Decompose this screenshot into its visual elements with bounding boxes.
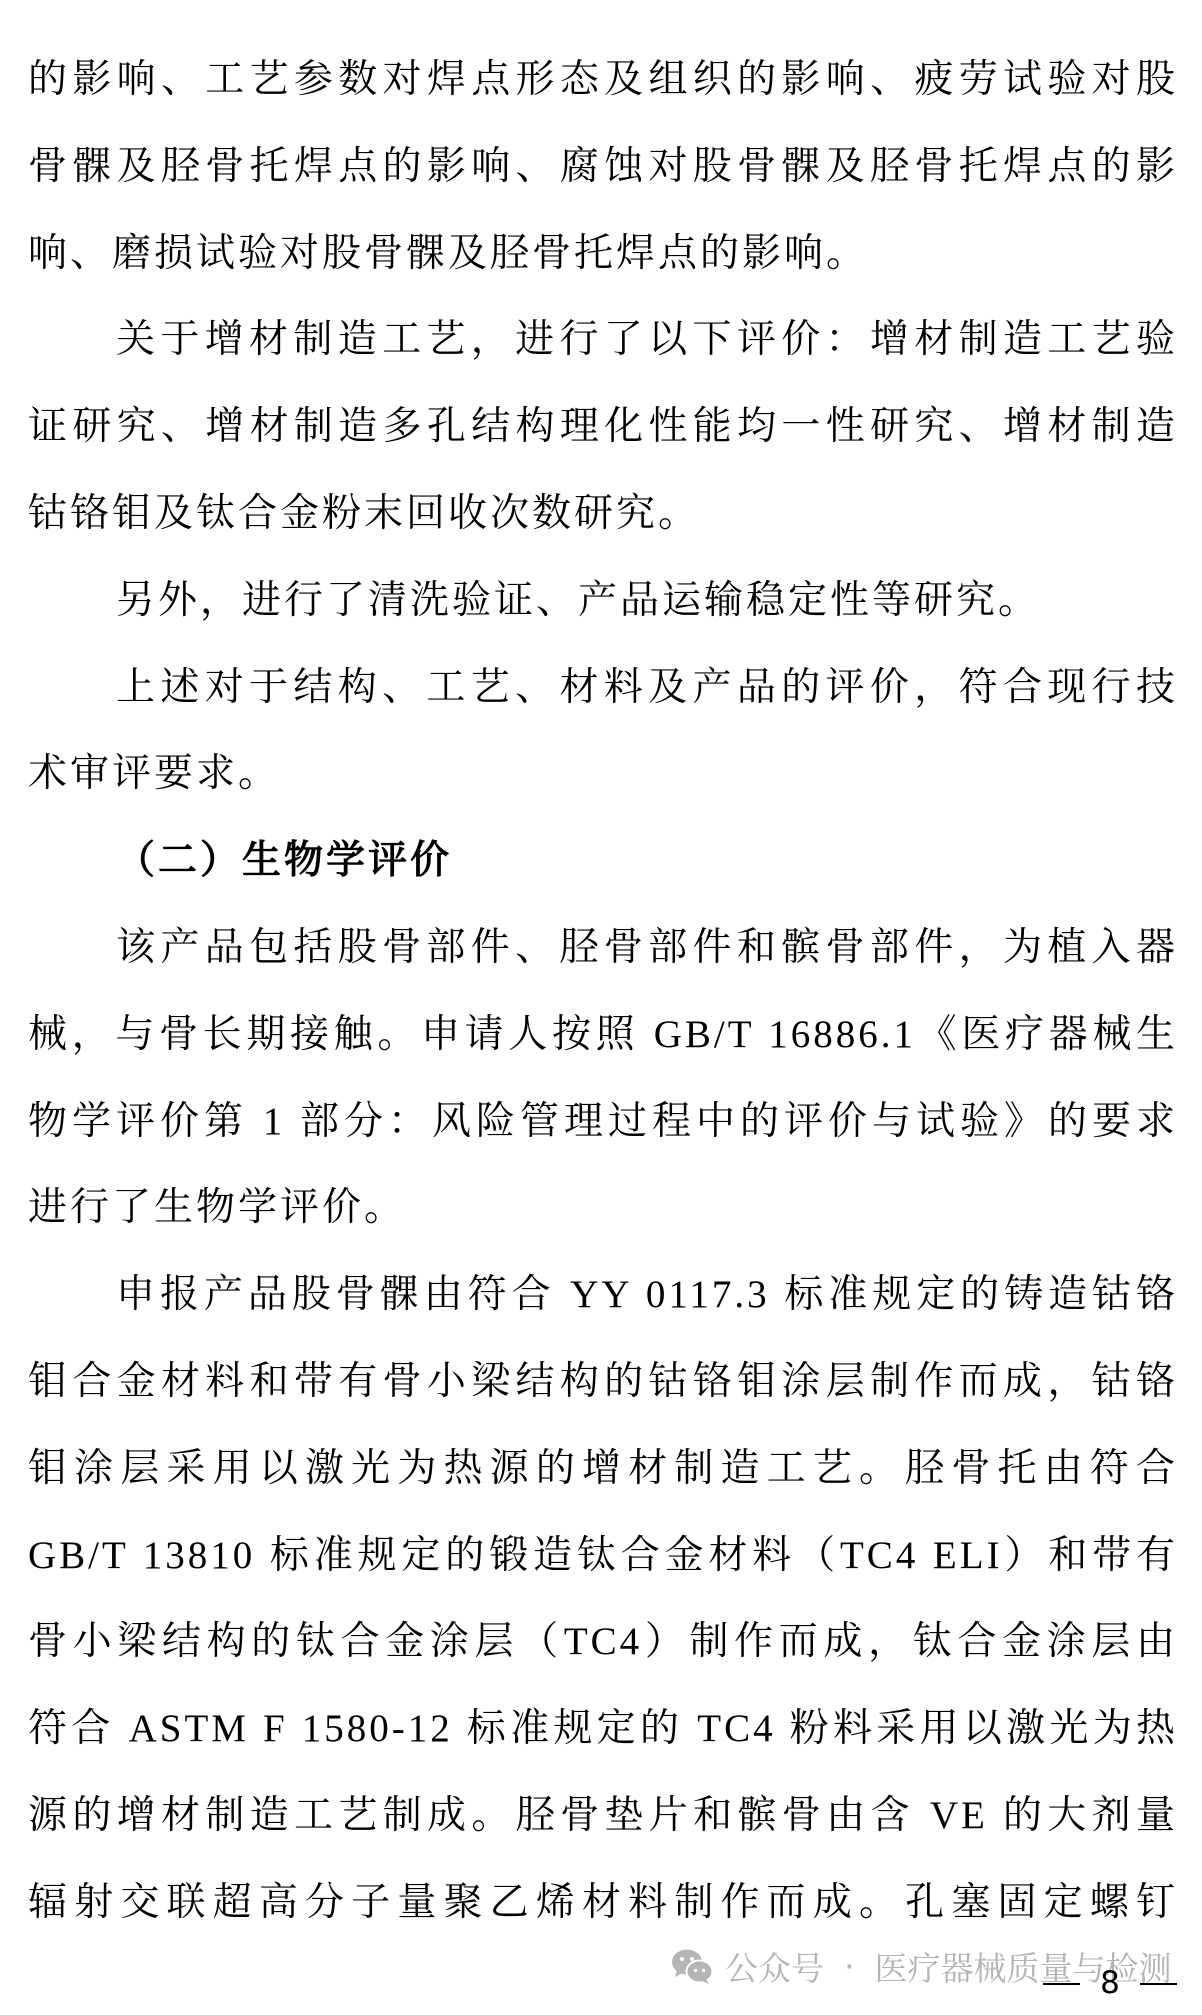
page-number-dash-left	[1043, 1983, 1080, 1985]
text-line: 进行了生物学评价。	[28, 1165, 1178, 1252]
paragraph-weld-evaluation-tail: 的影响、工艺参数对焊点形态及组织的影响、疲劳试验对股 骨髁及胫骨托焊点的影响、腐…	[28, 37, 1178, 297]
wechat-icon	[672, 1949, 713, 1984]
text-line: 申报产品股骨髁由符合 YY 0117.3 标准规定的铸造钴铬	[28, 1252, 1178, 1339]
text-line: 的影响、工艺参数对焊点形态及组织的影响、疲劳试验对股	[28, 37, 1178, 124]
text-line: 钼合金材料和带有骨小梁结构的钴铬钼涂层制作而成，钴铬	[28, 1339, 1178, 1426]
text-line: 钼涂层采用以激光为热源的增材制造工艺。胫骨托由符合	[28, 1426, 1178, 1513]
paragraph-materials: 申报产品股骨髁由符合 YY 0117.3 标准规定的铸造钴铬 钼合金材料和带有骨…	[28, 1252, 1178, 1946]
text-line: 物学评价第 1 部分：风险管理过程中的评价与试验》的要求	[28, 1079, 1178, 1166]
text-line: 骨小梁结构的钛合金涂层（TC4）制作而成，钛合金涂层由	[28, 1599, 1178, 1686]
section-heading: （二）生物学评价	[28, 818, 1178, 905]
text-line: 证研究、增材制造多孔结构理化性能均一性研究、增材制造	[28, 384, 1178, 471]
text-line: 响、磨损试验对股骨髁及胫骨托焊点的影响。	[28, 211, 1178, 298]
paragraph-conclusion: 上述对于结构、工艺、材料及产品的评价，符合现行技 术审评要求。	[28, 645, 1178, 819]
section-heading-biological-evaluation: （二）生物学评价	[28, 818, 1178, 905]
text-line: 骨髁及胫骨托焊点的影响、腐蚀对股骨髁及胫骨托焊点的影	[28, 124, 1178, 211]
page-number-dash-right	[1140, 1983, 1177, 1985]
paragraph-biological-evaluation: 该产品包括股骨部件、胫骨部件和髌骨部件，为植入器 械，与骨长期接触。申请人按照 …	[28, 905, 1178, 1252]
text-line: 另外，进行了清洗验证、产品运输稳定性等研究。	[28, 558, 1178, 645]
text-line: 钴铬钼及钛合金粉末回收次数研究。	[28, 471, 1178, 558]
text-line: 符合 ASTM F 1580-12 标准规定的 TC4 粉料采用以激光为热	[28, 1686, 1178, 1773]
text-line: 术审评要求。	[28, 731, 1178, 818]
document-page: 的影响、工艺参数对焊点形态及组织的影响、疲劳试验对股 骨髁及胫骨托焊点的影响、腐…	[28, 37, 1178, 1947]
paragraph-additive-manufacturing: 关于增材制造工艺，进行了以下评价：增材制造工艺验 证研究、增材制造多孔结构理化性…	[28, 297, 1178, 557]
watermark-separator: ·	[844, 1947, 855, 1986]
text-line: GB/T 13810 标准规定的锻造钛合金材料（TC4 ELI）和带有	[28, 1513, 1178, 1600]
text-line: 辐射交联超高分子量聚乙烯材料制作而成。孔塞固定螺钉	[28, 1860, 1178, 1947]
text-line: 械，与骨长期接触。申请人按照 GB/T 16886.1《医疗器械生	[28, 992, 1178, 1079]
text-line: 源的增材制造工艺制成。胫骨垫片和髌骨由含 VE 的大剂量	[28, 1773, 1178, 1860]
text-line: 上述对于结构、工艺、材料及产品的评价，符合现行技	[28, 645, 1178, 732]
paragraph-cleaning-transport: 另外，进行了清洗验证、产品运输稳定性等研究。	[28, 558, 1178, 645]
page-number-value: 8	[1100, 1966, 1120, 2001]
text-line: 该产品包括股骨部件、胫骨部件和髌骨部件，为植入器	[28, 905, 1178, 992]
page-number: 8	[1043, 1966, 1177, 2001]
watermark-prefix: 公众号	[725, 1943, 824, 1990]
text-line: 关于增材制造工艺，进行了以下评价：增材制造工艺验	[28, 297, 1178, 384]
